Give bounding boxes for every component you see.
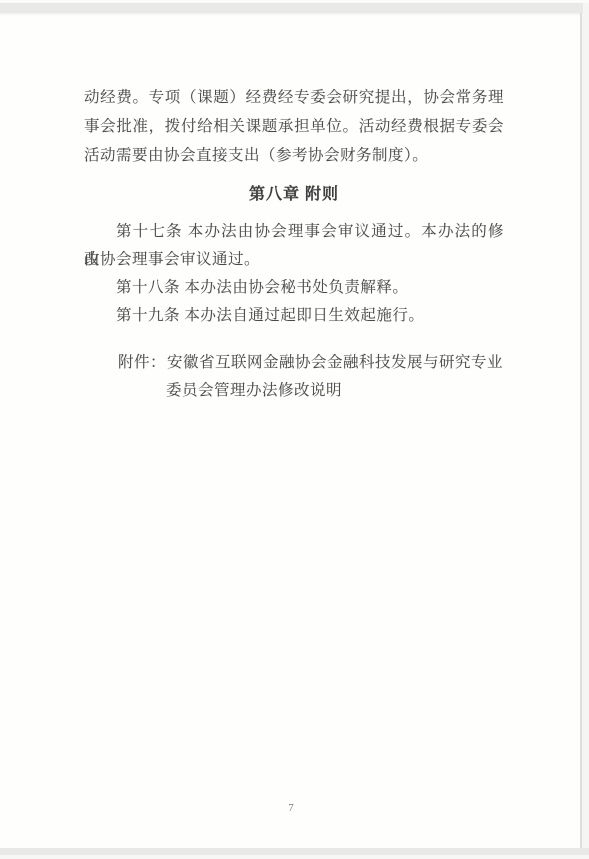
page-content: 动经费。专项（课题）经费经专委会研究提出，协会常务理 事会批准，拨付给相关课题承… xyxy=(84,13,504,848)
page-number: 7 xyxy=(0,800,582,816)
attachment-title-part1: 安徽省互联网金融协会金融科技发展与研究专业 xyxy=(167,354,503,371)
attachment-title-part2: 委员会管理办法修改说明 xyxy=(166,382,342,399)
paragraph-continuation: 动经费。专项（课题）经费经专委会研究提出，协会常务理 事会批准，拨付给相关课题承… xyxy=(84,83,504,170)
article-18-line: 第十八条 本办法由协会秘书处负责解释。 xyxy=(84,274,504,302)
article-17-line: 由协会理事会审议通过。 xyxy=(84,246,504,274)
article-17-line: 第十七条 本办法由协会理事会审议通过。本办法的修改 xyxy=(84,218,504,246)
page-gap-bottom xyxy=(0,848,589,855)
paragraph-line: 动经费。专项（课题）经费经专委会研究提出，协会常务理 xyxy=(84,83,504,112)
next-page-edge xyxy=(0,855,589,859)
attachment-line: 委员会管理办法修改说明 xyxy=(84,377,504,405)
chapter-heading: 第八章 附则 xyxy=(84,180,504,209)
attachment-label: 附件： xyxy=(118,354,166,371)
document-page: 动经费。专项（课题）经费经专委会研究提出，协会常务理 事会批准，拨付给相关课题承… xyxy=(0,13,582,848)
articles-section: 第十七条 本办法由协会理事会审议通过。本办法的修改 由协会理事会审议通过。 第十… xyxy=(84,218,504,330)
paragraph-line: 活动需要由协会直接支出（参考协会财务制度）。 xyxy=(84,141,504,170)
document-viewer: 动经费。专项（课题）经费经专委会研究提出，协会常务理 事会批准，拨付给相关课题承… xyxy=(0,0,589,859)
attachment-note: 附件：安徽省互联网金融协会金融科技发展与研究专业 委员会管理办法修改说明 xyxy=(84,349,504,405)
attachment-line: 附件：安徽省互联网金融协会金融科技发展与研究专业 xyxy=(84,349,504,377)
paragraph-line: 事会批准，拨付给相关课题承担单位。活动经费根据专委会 xyxy=(84,112,504,141)
article-19-line: 第十九条 本办法自通过起即日生效起施行。 xyxy=(84,302,504,330)
page-gap-top xyxy=(0,3,583,13)
